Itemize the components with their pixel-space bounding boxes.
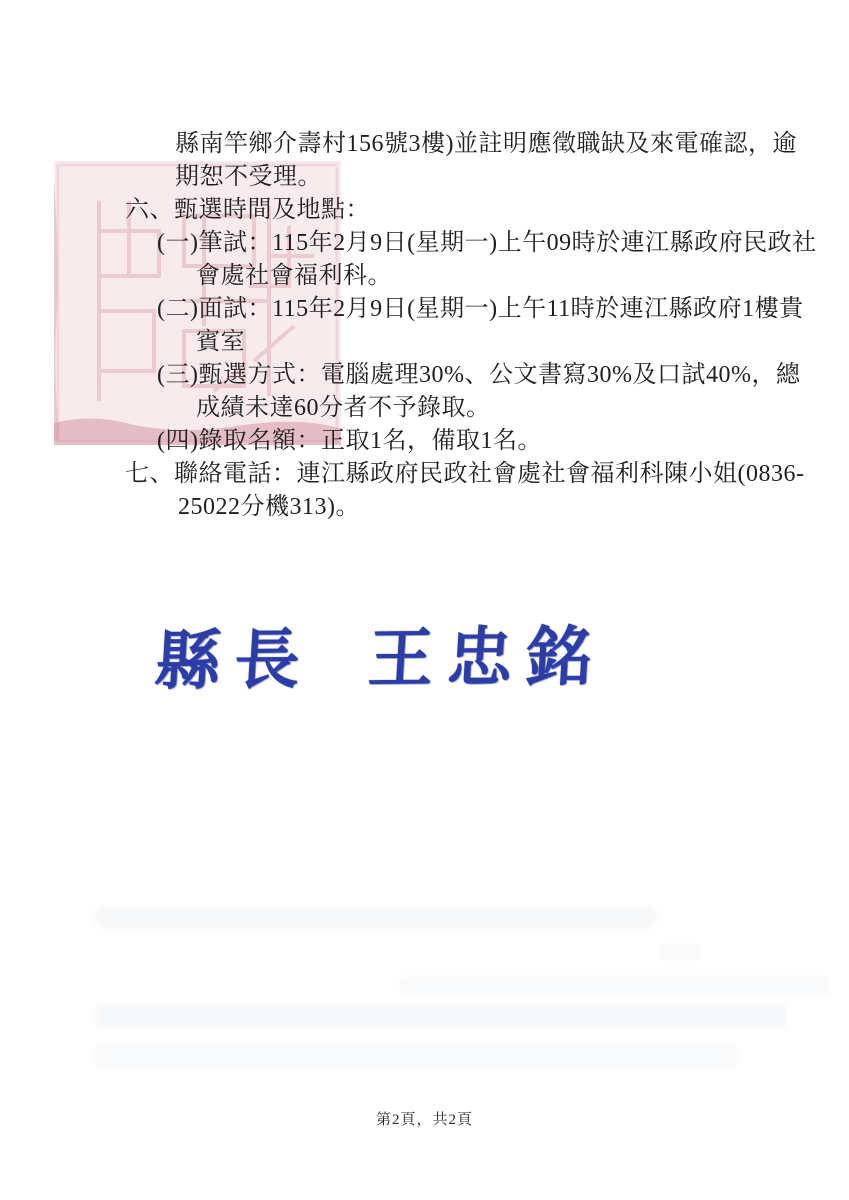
scanned-document-page: 縣南竿鄉介壽村156號3樓)並註明應徵職缺及來電確認，逾 期恕不受理。 六、甄選… [0, 0, 849, 1200]
body-line: 賓室 [196, 326, 849, 359]
body-line: 25022分機313)。 [178, 491, 849, 524]
magistrate-signature: 縣長 王忠銘 [153, 604, 609, 703]
body-line-item-6: 六、甄選時間及地點： [125, 194, 849, 227]
body-line: 期恕不受理。 [175, 161, 849, 194]
body-line-item-6-1: (一)筆試：115年2月9日(星期一)上午09時於連江縣政府民政社 [157, 227, 849, 260]
bleed-through-artifact [96, 1004, 786, 1028]
bleed-through-artifact [400, 976, 830, 994]
document-body: 縣南竿鄉介壽村156號3樓)並註明應徵職缺及來電確認，逾 期恕不受理。 六、甄選… [0, 128, 849, 524]
body-line-item-6-2: (二)面試：115年2月9日(星期一)上午11時於連江縣政府1樓貴 [157, 293, 849, 326]
bleed-through-artifact [96, 1044, 736, 1068]
page-number-indicator: 第2頁，共2頁 [0, 1108, 849, 1129]
body-line-item-6-3: (三)甄選方式：電腦處理30%、公文書寫30%及口試40%，總 [157, 359, 849, 392]
bleed-through-artifact [660, 944, 702, 960]
body-line-item-7: 七、聯絡電話：連江縣政府民政社會處社會福利科陳小姐(0836- [125, 458, 849, 491]
body-line: 會處社會福利科。 [196, 260, 849, 293]
body-line: 成績未達60分者不予錄取。 [196, 392, 849, 425]
bleed-through-artifact [96, 906, 656, 928]
body-line-item-6-4: (四)錄取名額：正取1名，備取1名。 [157, 425, 849, 458]
body-line: 縣南竿鄉介壽村156號3樓)並註明應徵職缺及來電確認，逾 [175, 128, 849, 161]
